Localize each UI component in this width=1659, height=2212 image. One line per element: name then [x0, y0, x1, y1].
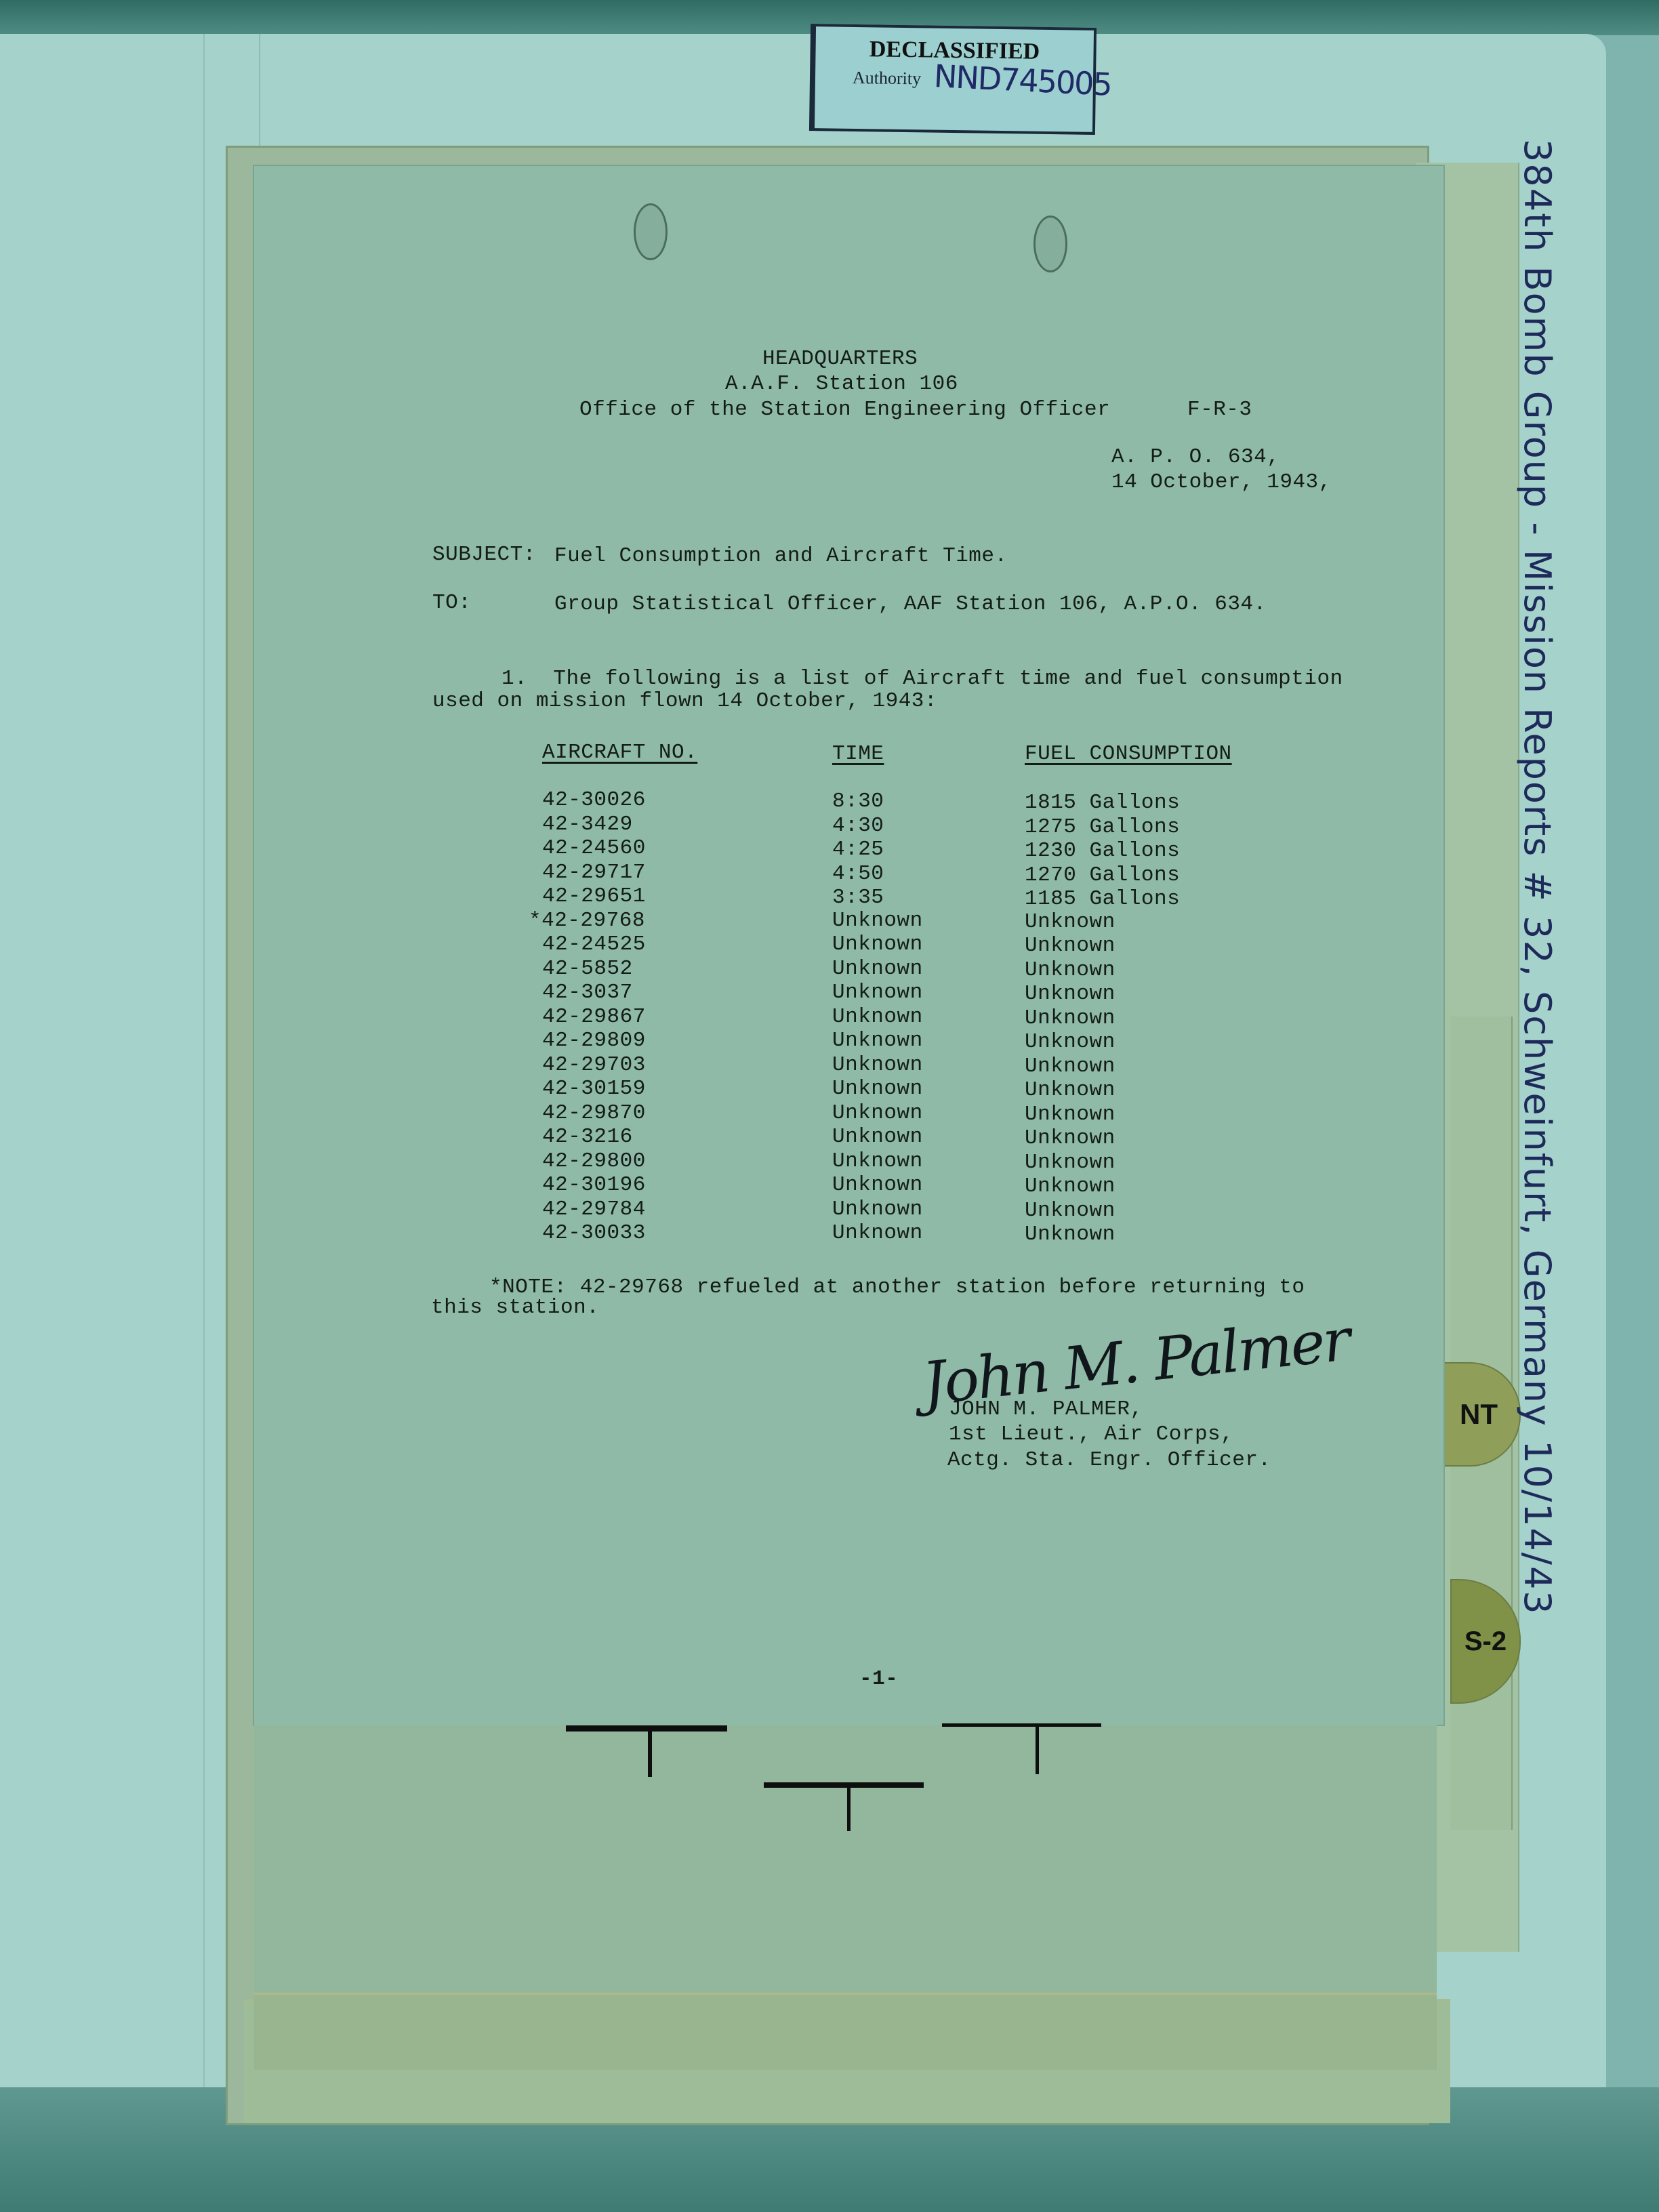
aircraft-time: 8:30: [832, 790, 884, 813]
t-mark-icon: [1036, 1725, 1039, 1774]
aircraft-number: 42-29703: [542, 1053, 646, 1077]
divider-tab-label: NT: [1460, 1398, 1498, 1431]
paragraph-line-2: used on mission flown 14 October, 1943:: [432, 689, 937, 713]
declassified-stamp: DECLASSIFIED Authority NND745005: [809, 24, 1097, 135]
to-text: Group Statistical Officer, AAF Station 1…: [554, 592, 1267, 616]
table-row: 42-29651 3:35 1185 Gallons: [0, 884, 1659, 909]
stamp-authority-label: Authority: [853, 68, 922, 89]
table-row: 42-3216 Unknown Unknown: [0, 1125, 1659, 1149]
fuel-consumption: Unknown: [1025, 1030, 1115, 1054]
note-line-1: *NOTE: 42-29768 refueled at another stat…: [489, 1275, 1305, 1299]
aircraft-time: Unknown: [832, 1005, 923, 1029]
subject-text: Fuel Consumption and Aircraft Time.: [554, 544, 1008, 568]
t-mark-icon: [942, 1723, 1101, 1727]
aircraft-number: 42-5852: [542, 957, 633, 981]
fuel-consumption: Unknown: [1025, 958, 1115, 982]
aircraft-time: Unknown: [832, 933, 923, 956]
divider-tab-label: S-2: [1465, 1626, 1507, 1657]
signatory-title: Actg. Sta. Engr. Officer.: [947, 1448, 1271, 1472]
t-mark-icon: [764, 1782, 924, 1788]
aircraft-number: 42-3429: [542, 813, 633, 836]
aircraft-time: Unknown: [832, 909, 923, 933]
table-row: 42-29870 Unknown Unknown: [0, 1101, 1659, 1126]
fuel-consumption: Unknown: [1025, 1223, 1115, 1246]
t-mark-icon: [847, 1784, 851, 1831]
aircraft-number: 42-30033: [542, 1221, 646, 1245]
table-row: 42-3429 4:30 1275 Gallons: [0, 813, 1659, 837]
table-row: 42-29784 Unknown Unknown: [0, 1197, 1659, 1222]
subject-label: SUBJECT:: [432, 543, 536, 567]
signatory-name: JOHN M. PALMER,: [949, 1397, 1143, 1421]
table-header-fuel: FUEL CONSUMPTION: [1025, 742, 1232, 766]
aircraft-time: Unknown: [832, 1077, 923, 1101]
t-mark-icon: [566, 1725, 727, 1732]
fuel-consumption: Unknown: [1025, 934, 1115, 958]
aircraft-number: 42-24525: [542, 933, 646, 956]
table-row: 42-30159 Unknown Unknown: [0, 1077, 1659, 1101]
punch-hole: [1033, 216, 1067, 272]
fuel-consumption: Unknown: [1025, 1199, 1115, 1223]
table-header-time: TIME: [832, 742, 884, 766]
fuel-consumption: Unknown: [1025, 1103, 1115, 1126]
aircraft-time: 3:35: [832, 886, 884, 909]
fuel-consumption: Unknown: [1025, 982, 1115, 1006]
table-row: 42-29800 Unknown Unknown: [0, 1149, 1659, 1174]
table-row: 42-3037 Unknown Unknown: [0, 981, 1659, 1005]
note-line-2: this station.: [431, 1296, 599, 1319]
aircraft-time: Unknown: [832, 1197, 923, 1221]
aircraft-number: 42-30159: [542, 1077, 646, 1101]
paragraph-line-1: 1. The following is a list of Aircraft t…: [501, 667, 1343, 691]
letterhead-station: A.A.F. Station 106: [725, 372, 958, 396]
aircraft-time: Unknown: [832, 1221, 923, 1245]
fuel-consumption: 1185 Gallons: [1025, 887, 1180, 911]
lower-paper-fold: [254, 1992, 1437, 2070]
to-label: TO:: [432, 591, 471, 615]
aircraft-time: Unknown: [832, 1149, 923, 1173]
form-code: F-R-3: [1187, 398, 1252, 422]
aircraft-number: 42-24560: [542, 836, 646, 860]
table-row: 42-29717 4:50 1270 Gallons: [0, 861, 1659, 885]
letterhead-headquarters: HEADQUARTERS: [762, 347, 918, 371]
letterhead-office: Office of the Station Engineering Office…: [579, 398, 1110, 422]
fuel-consumption: Unknown: [1025, 1006, 1115, 1030]
signatory-rank: 1st Lieut., Air Corps,: [949, 1422, 1233, 1446]
fuel-consumption: Unknown: [1025, 1151, 1115, 1174]
fuel-consumption: Unknown: [1025, 1054, 1115, 1078]
table-row: 42-30026 8:30 1815 Gallons: [0, 788, 1659, 813]
aircraft-number: 42-29809: [542, 1029, 646, 1052]
aircraft-time: 4:50: [832, 862, 884, 886]
document-date: 14 October, 1943,: [1111, 470, 1332, 494]
table-row: 42-30033 Unknown Unknown: [0, 1221, 1659, 1246]
aircraft-number: 42-29717: [542, 861, 646, 884]
aircraft-number: 42-30026: [542, 788, 646, 812]
aircraft-time: Unknown: [832, 1029, 923, 1052]
page-number: -1-: [859, 1667, 898, 1691]
apo-line: A. P. O. 634,: [1111, 445, 1279, 469]
t-mark-icon: [648, 1728, 652, 1777]
aircraft-time: Unknown: [832, 981, 923, 1004]
table-row: 42-29867 Unknown Unknown: [0, 1005, 1659, 1029]
aircraft-number: 42-29800: [542, 1149, 646, 1173]
aircraft-number: 42-3216: [542, 1125, 633, 1149]
table-row: 42-24525 Unknown Unknown: [0, 933, 1659, 957]
fuel-consumption: Unknown: [1025, 910, 1115, 934]
fuel-consumption: 1815 Gallons: [1025, 791, 1180, 815]
aircraft-number: 42-29870: [542, 1101, 646, 1125]
aircraft-time: Unknown: [832, 1125, 923, 1149]
aircraft-number: 42-29784: [542, 1197, 646, 1221]
table-row: *42-29768 Unknown Unknown: [0, 909, 1659, 933]
fuel-consumption: 1230 Gallons: [1025, 839, 1180, 863]
aircraft-time: 4:25: [832, 838, 884, 861]
aircraft-time: Unknown: [832, 1101, 923, 1125]
table-header-aircraft-no: AIRCRAFT NO.: [542, 741, 697, 764]
fuel-consumption: 1275 Gallons: [1025, 815, 1180, 839]
fuel-consumption: 1270 Gallons: [1025, 863, 1180, 887]
aircraft-number: 42-29867: [542, 1005, 646, 1029]
table-row: 42-30196 Unknown Unknown: [0, 1173, 1659, 1197]
fuel-consumption: Unknown: [1025, 1126, 1115, 1150]
aircraft-time: 4:30: [832, 814, 884, 838]
fuel-consumption: Unknown: [1025, 1174, 1115, 1198]
punch-hole: [634, 203, 668, 260]
aircraft-number: *42-29768: [529, 909, 645, 933]
table-row: 42-29809 Unknown Unknown: [0, 1029, 1659, 1053]
aircraft-number: 42-29651: [542, 884, 646, 908]
aircraft-number: 42-3037: [542, 981, 633, 1004]
table-row: 42-29703 Unknown Unknown: [0, 1053, 1659, 1078]
aircraft-time: Unknown: [832, 1053, 923, 1077]
aircraft-time: Unknown: [832, 1173, 923, 1197]
table-row: 42-24560 4:25 1230 Gallons: [0, 836, 1659, 861]
aircraft-number: 42-30196: [542, 1173, 646, 1197]
stamp-authority-number: NND745005: [933, 58, 1112, 103]
aircraft-time: Unknown: [832, 957, 923, 981]
table-row: 42-5852 Unknown Unknown: [0, 957, 1659, 981]
fuel-consumption: Unknown: [1025, 1078, 1115, 1102]
